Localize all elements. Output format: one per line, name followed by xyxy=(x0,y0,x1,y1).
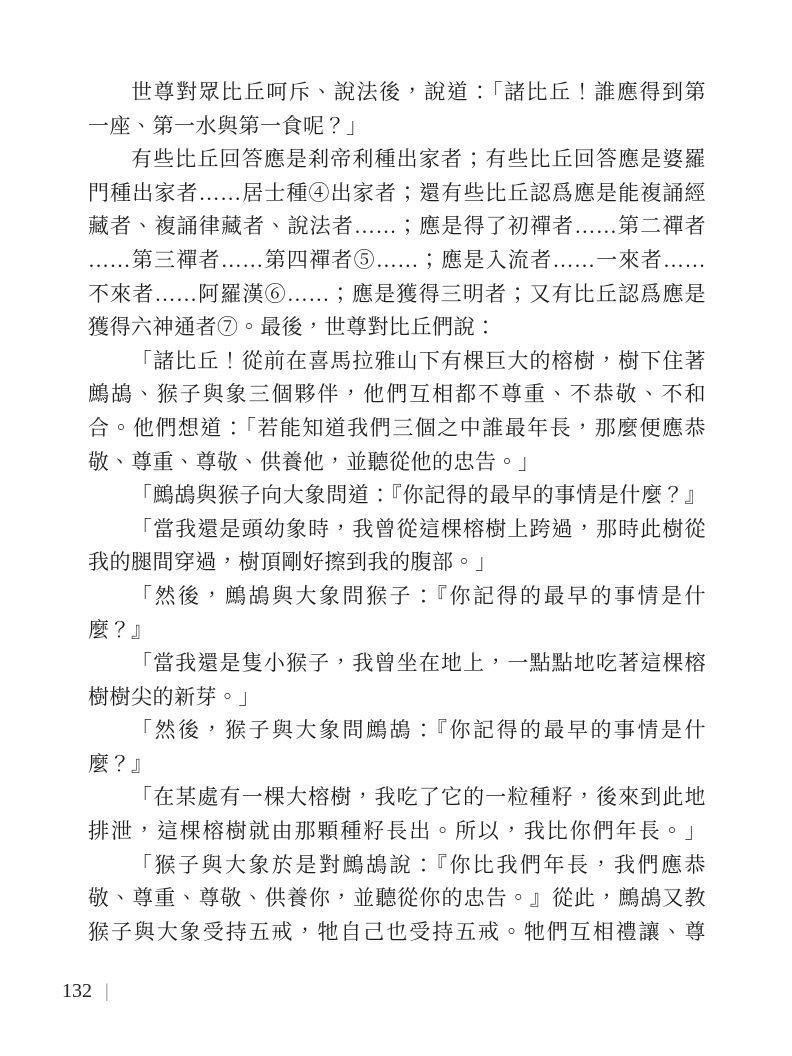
paragraph: 「諸比丘！從前在喜馬拉雅山下有棵巨大的榕樹，樹下住著鷓鴣、猴子與象三個夥伴，他們… xyxy=(88,345,706,479)
paragraph: 「在某處有一棵大榕樹，我吃了它的一粒種籽，後來到此地排泄，這棵榕樹就由那顆種籽長… xyxy=(88,781,706,848)
book-page: 世尊對眾比丘呵斥、說法後，說道：「諸比丘！誰應得到第一座、第一水與第一食呢？」有… xyxy=(0,0,792,1056)
page-number: 132 xyxy=(62,980,92,1002)
text-line: 猴子與大象受持五戒，牠自己也受持五戒。牠們互相禮讓、尊 xyxy=(88,916,706,950)
text-line: 「然後，猴子與大象問鷓鴣：『你記得的最早的事情是什 xyxy=(88,714,706,748)
text-line: 門種出家者……居士種④出家者；還有些比丘認爲應是能複誦經 xyxy=(88,177,706,211)
paragraph: 「當我還是頭幼象時，我曾從這棵榕樹上跨過，那時此樹從我的腿間穿過，樹頂剛好擦到我… xyxy=(88,513,706,580)
text-line: ……第三禪者……第四禪者⑤……；應是入流者……一來者…… xyxy=(88,244,706,278)
paragraph: 世尊對眾比丘呵斥、說法後，說道：「諸比丘！誰應得到第一座、第一水與第一食呢？」 xyxy=(88,76,706,143)
text-line: 不來者……阿羅漢⑥……；應是獲得三明者；又有比丘認爲應是 xyxy=(88,278,706,312)
text-line: 合。他們想道：「若能知道我們三個之中誰最年長，那麼便應恭 xyxy=(88,412,706,446)
paragraph: 「鷓鴣與猴子向大象問道：『你記得的最早的事情是什麼？』 xyxy=(88,479,706,513)
text-line: 世尊對眾比丘呵斥、說法後，說道：「諸比丘！誰應得到第 xyxy=(88,76,706,110)
text-line: 排泄，這棵榕樹就由那顆種籽長出。所以，我比你們年長。」 xyxy=(88,815,706,849)
paragraph: 「當我還是隻小猴子，我曾坐在地上，一點點地吃著這棵榕樹樹尖的新芽。」 xyxy=(88,647,706,714)
text-line: 獲得六神通者⑦。最後，世尊對比丘們說： xyxy=(88,311,706,345)
text-line: 麼？』 xyxy=(88,614,706,648)
body-text: 世尊對眾比丘呵斥、說法後，說道：「諸比丘！誰應得到第一座、第一水與第一食呢？」有… xyxy=(88,76,706,949)
text-line: 「當我還是頭幼象時，我曾從這棵榕樹上跨過，那時此樹從 xyxy=(88,513,706,547)
text-line: 「諸比丘！從前在喜馬拉雅山下有棵巨大的榕樹，樹下住著 xyxy=(88,345,706,379)
paragraph: 「然後，猴子與大象問鷓鴣：『你記得的最早的事情是什麼？』 xyxy=(88,714,706,781)
text-line: 「猴子與大象於是對鷓鴣說：『你比我們年長，我們應恭 xyxy=(88,849,706,883)
paragraph: 「猴子與大象於是對鷓鴣說：『你比我們年長，我們應恭敬、尊重、尊敬、供養你，並聽從… xyxy=(88,849,706,950)
text-line: 「然後，鷓鴣與大象問猴子：『你記得的最早的事情是什 xyxy=(88,580,706,614)
text-line: 鷓鴣、猴子與象三個夥伴，他們互相都不尊重、不恭敬、不和 xyxy=(88,378,706,412)
page-footer: 132| xyxy=(62,980,109,1003)
paragraph: 有些比丘回答應是刹帝利種出家者；有些比丘回答應是婆羅門種出家者……居士種④出家者… xyxy=(88,143,706,345)
text-line: 我的腿間穿過，樹頂剛好擦到我的腹部。」 xyxy=(88,546,706,580)
text-line: 麼？』 xyxy=(88,748,706,782)
paragraph: 「然後，鷓鴣與大象問猴子：『你記得的最早的事情是什麼？』 xyxy=(88,580,706,647)
text-line: 一座、第一水與第一食呢？」 xyxy=(88,110,706,144)
text-line: 有些比丘回答應是刹帝利種出家者；有些比丘回答應是婆羅 xyxy=(88,143,706,177)
text-line: 「在某處有一棵大榕樹，我吃了它的一粒種籽，後來到此地 xyxy=(88,781,706,815)
text-line: 敬、尊重、尊敬、供養你，並聽從你的忠告。』從此，鷓鴣又教 xyxy=(88,882,706,916)
text-line: 敬、尊重、尊敬、供養他，並聽從他的忠告。」 xyxy=(88,446,706,480)
text-line: 藏者、複誦律藏者、說法者……；應是得了初禪者……第二禪者 xyxy=(88,210,706,244)
footer-divider-bar: | xyxy=(106,981,108,1003)
text-line: 樹樹尖的新芽。」 xyxy=(88,681,706,715)
text-line: 「鷓鴣與猴子向大象問道：『你記得的最早的事情是什麼？』 xyxy=(88,479,706,513)
text-line: 「當我還是隻小猴子，我曾坐在地上，一點點地吃著這棵榕 xyxy=(88,647,706,681)
